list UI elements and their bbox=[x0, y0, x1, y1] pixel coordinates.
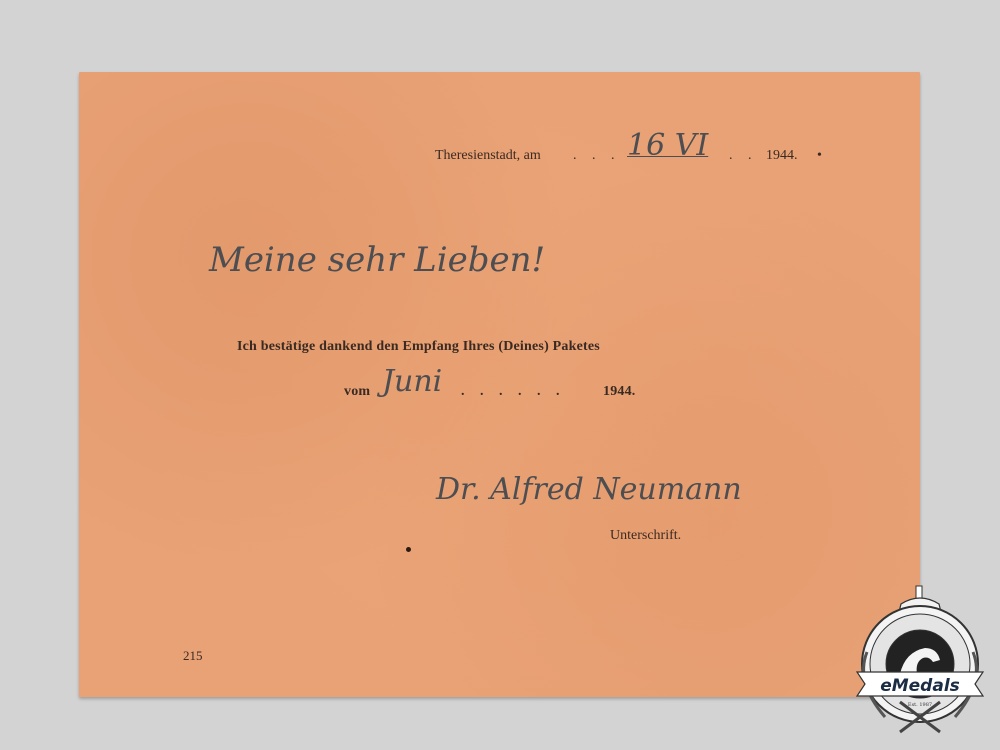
emedals-badge-icon: eMedals Est. 1987 bbox=[845, 582, 995, 742]
receipt-card: Theresienstadt, am . . . 16 VI . . 1944.… bbox=[79, 72, 920, 697]
handwritten-month: Juni bbox=[382, 364, 442, 399]
handwritten-signature: Dr. Alfred Neumann bbox=[436, 472, 742, 507]
date-line-year: 1944. bbox=[603, 384, 636, 400]
handwritten-greeting: Meine sehr Lieben! bbox=[209, 240, 545, 280]
punch-hole bbox=[406, 547, 411, 552]
emedals-watermark: eMedals Est. 1987 bbox=[845, 582, 995, 742]
watermark-brand: eMedals bbox=[880, 676, 960, 696]
handwritten-date: 16 VI bbox=[627, 128, 708, 163]
place-trailing-dot: • bbox=[817, 148, 822, 164]
form-number: 215 bbox=[183, 648, 203, 664]
watermark-established: Est. 1987 bbox=[908, 702, 932, 708]
date-dots-after: . . bbox=[729, 148, 758, 164]
confirmation-text: Ich bestätige dankend den Empfang Ihres … bbox=[237, 339, 600, 355]
place-year: 1944. bbox=[766, 148, 798, 164]
date-dots-before: . . . bbox=[573, 148, 621, 164]
date-line-dots: . . . . . . bbox=[461, 384, 566, 400]
signature-label: Unterschrift. bbox=[610, 528, 681, 544]
place-prefix: Theresienstadt, am bbox=[435, 148, 541, 164]
date-prefix: vom bbox=[344, 384, 370, 400]
